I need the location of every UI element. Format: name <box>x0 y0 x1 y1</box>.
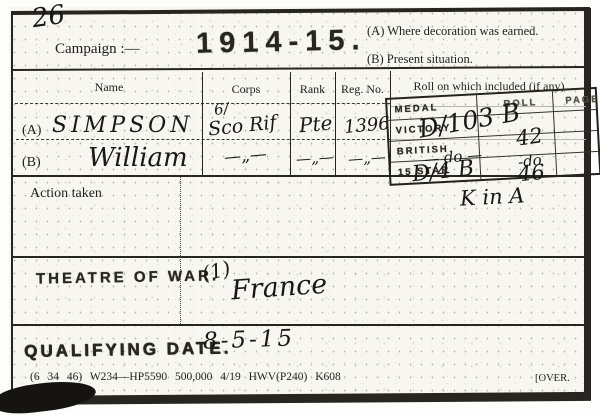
action-taken-label: Action taken <box>30 186 102 202</box>
rule-under-row-a <box>16 139 390 140</box>
rule-under-theatre <box>13 324 586 326</box>
row-a-surname: SIMPSON <box>52 113 193 138</box>
row-b-label: (B) <box>22 155 41 171</box>
col-header-corps: Corps <box>202 82 290 97</box>
medal-index-card-scan: 26 Campaign :— 1914-15. (A) Where decora… <box>0 0 600 415</box>
row-a-rank: Pte <box>298 111 333 138</box>
qualifying-date-value: 8-5-15 <box>203 325 296 354</box>
corner-mark: 26 <box>30 0 67 34</box>
row-b-corps-ditto: —„— <box>223 144 267 168</box>
row-a-label: (A) <box>22 123 41 139</box>
row-b-forename: William <box>88 143 188 173</box>
rule-under-action <box>13 256 586 258</box>
stamp-cell-empty <box>554 110 597 133</box>
over-label: [OVER. <box>535 373 570 384</box>
row-b-regno-ditto: —„— <box>347 148 386 169</box>
killed-in-action-note: K in A <box>459 183 525 210</box>
col-header-name: Name <box>16 80 202 95</box>
note-b: (B) Present situation. <box>367 52 473 67</box>
row-b-rank-ditto: —„— <box>295 148 334 169</box>
campaign-label: Campaign :— <box>55 41 140 58</box>
stamp-cell-empty <box>556 152 599 175</box>
print-code: (6 34 46) W234—HP5590 500,000 4/19 HWV(P… <box>30 371 341 383</box>
note-a: (A) Where decoration was earned. <box>367 24 539 39</box>
stamp-cell-empty <box>555 131 598 154</box>
stamp-header-page: PAGE <box>553 89 596 112</box>
victory-page-ref: 42 <box>514 123 544 150</box>
theatre-of-war-label: THEATRE OF WAR. <box>36 267 219 287</box>
star-page-ref: 46 <box>517 160 546 186</box>
row-a-regno: 1396 <box>343 113 390 138</box>
divider-action-column <box>180 177 181 324</box>
col-header-regno: Reg. No. <box>335 82 390 97</box>
campaign-year-stamp: 1914-15. <box>196 24 367 61</box>
qualifying-date-label: QUALIFYING DATE. <box>24 338 232 362</box>
col-header-rank: Rank <box>290 82 335 97</box>
